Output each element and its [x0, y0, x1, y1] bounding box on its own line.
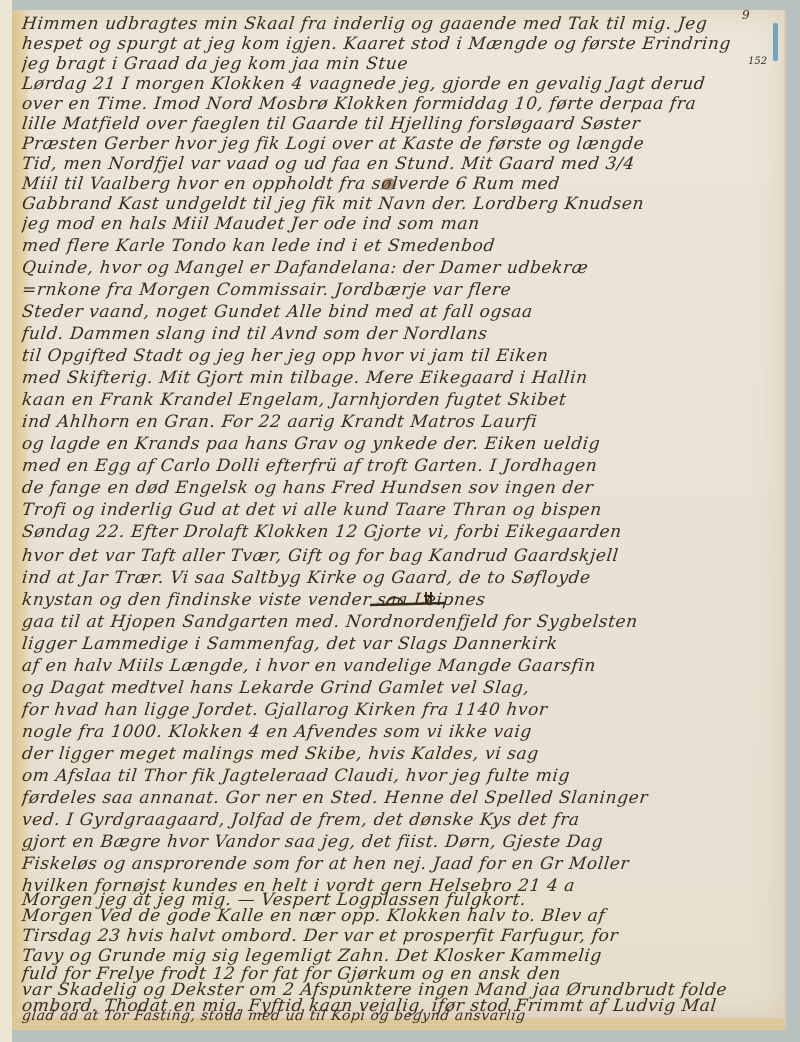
text-line: for hvad han ligge Jordet. Gjallarog Kir…	[21, 700, 775, 720]
text-line: Himmen udbragtes min Skaal fra inderlig …	[21, 14, 775, 34]
text-line: Quinde, hvor og Mangel er Dafandelana: d…	[21, 258, 775, 278]
text-line: gaa til at Hjopen Sandgarten med. Nordno…	[21, 612, 775, 632]
text-line: Gabbrand Kast undgeldt til jeg fik mit N…	[21, 194, 775, 214]
text-line: ind Ahlhorn en Gran. For 22 aarig Krandt…	[21, 412, 775, 432]
text-line: ved. I Gyrdgraagaard, Jolfad de frem, de…	[21, 810, 775, 830]
text-line: nogle fra 1000. Klokken 4 en Afvendes so…	[21, 722, 775, 742]
text-line: med flere Karle Tondo kan lede ind i et …	[21, 236, 775, 256]
text-line: Tirsdag 23 hvis halvt ombord. Der var et…	[21, 926, 775, 946]
text-line: de fange en død Engelsk og hans Fred Hun…	[21, 478, 775, 498]
text-line: Fiskeløs og ansprorende som for at hen n…	[21, 854, 775, 874]
text-line: Steder vaand, noget Gundet Alle bind med…	[21, 302, 775, 322]
text-line: med en Egg af Carlo Dolli efterfrü af tr…	[21, 456, 775, 476]
text-line: ligger Lammedige i Sammenfag, det var Sl…	[21, 634, 775, 654]
text-line: glad ad at Tor Fasting, stoud med ud til…	[21, 1008, 775, 1024]
text-line: kaan en Frank Krandel Engelam, Jarnhjord…	[21, 390, 775, 410]
text-line: jeg bragt i Graad da jeg kom jaa min Stu…	[21, 54, 775, 74]
text-line: hespet og spurgt at jeg kom igjen. Kaare…	[21, 34, 775, 54]
text-line: Miil til Vaalberg hvor en oppholdt fra s…	[21, 174, 775, 194]
text-line: Præsten Gerber hvor jeg fik Logi over at…	[21, 134, 775, 154]
text-line: med Skifterig. Mit Gjort min tilbage. Me…	[21, 368, 775, 388]
text-line: Morgen Ved de gode Kalle en nær opp. Klo…	[21, 906, 775, 926]
text-line: af en halv Miils Længde, i hvor en vande…	[21, 656, 775, 676]
text-line: til Opgifted Stadt og jeg her jeg opp hv…	[21, 346, 775, 366]
left-margin-strip	[0, 0, 12, 1042]
text-line: =rnkone fra Morgen Commissair. Jordbærje…	[21, 280, 775, 300]
text-line: og lagde en Krands paa hans Grav og ynke…	[21, 434, 775, 454]
text-line: over en Time. Imod Nord Mosbrø Klokken f…	[21, 94, 775, 114]
text-line: Trofi og inderlig Gud at det vi alle kun…	[21, 500, 775, 520]
text-line: der ligger meget malings med Skibe, hvis…	[21, 744, 775, 764]
text-line: om Afslaa til Thor fik Jagteleraad Claud…	[21, 766, 775, 786]
text-line: førdeles saa annanat. Gor ner en Sted. H…	[21, 788, 775, 808]
text-line: ind at Jar Trær. Vi saa Saltbyg Kirke og…	[21, 568, 775, 588]
text-line: Tavy og Grunde mig sig legemligt Zahn. D…	[21, 946, 775, 966]
text-line: hvor det var Taft aller Tvær, Gift og fo…	[21, 546, 775, 566]
text-line: gjort en Bægre hvor Vandor saa jeg, det …	[21, 832, 775, 852]
text-line: og Dagat medtvel hans Lekarde Grind Gaml…	[21, 678, 775, 698]
text-line: lille Matfield over faeglen til Gaarde t…	[21, 114, 775, 134]
text-line: fuld. Dammen slang ind til Avnd som der …	[21, 324, 775, 344]
text-line: Tid, men Nordfjel var vaad og ud faa en …	[21, 154, 775, 174]
ship-sketch-icon	[368, 591, 448, 607]
text-line: jeg mod en hals Miil Maudet Jer ode ind …	[21, 214, 775, 234]
text-line: Søndag 22. Efter Drolaft Klokken 12 Gjor…	[21, 522, 775, 542]
text-line: Lørdag 21 I morgen Klokken 4 vaagnede je…	[21, 74, 775, 94]
